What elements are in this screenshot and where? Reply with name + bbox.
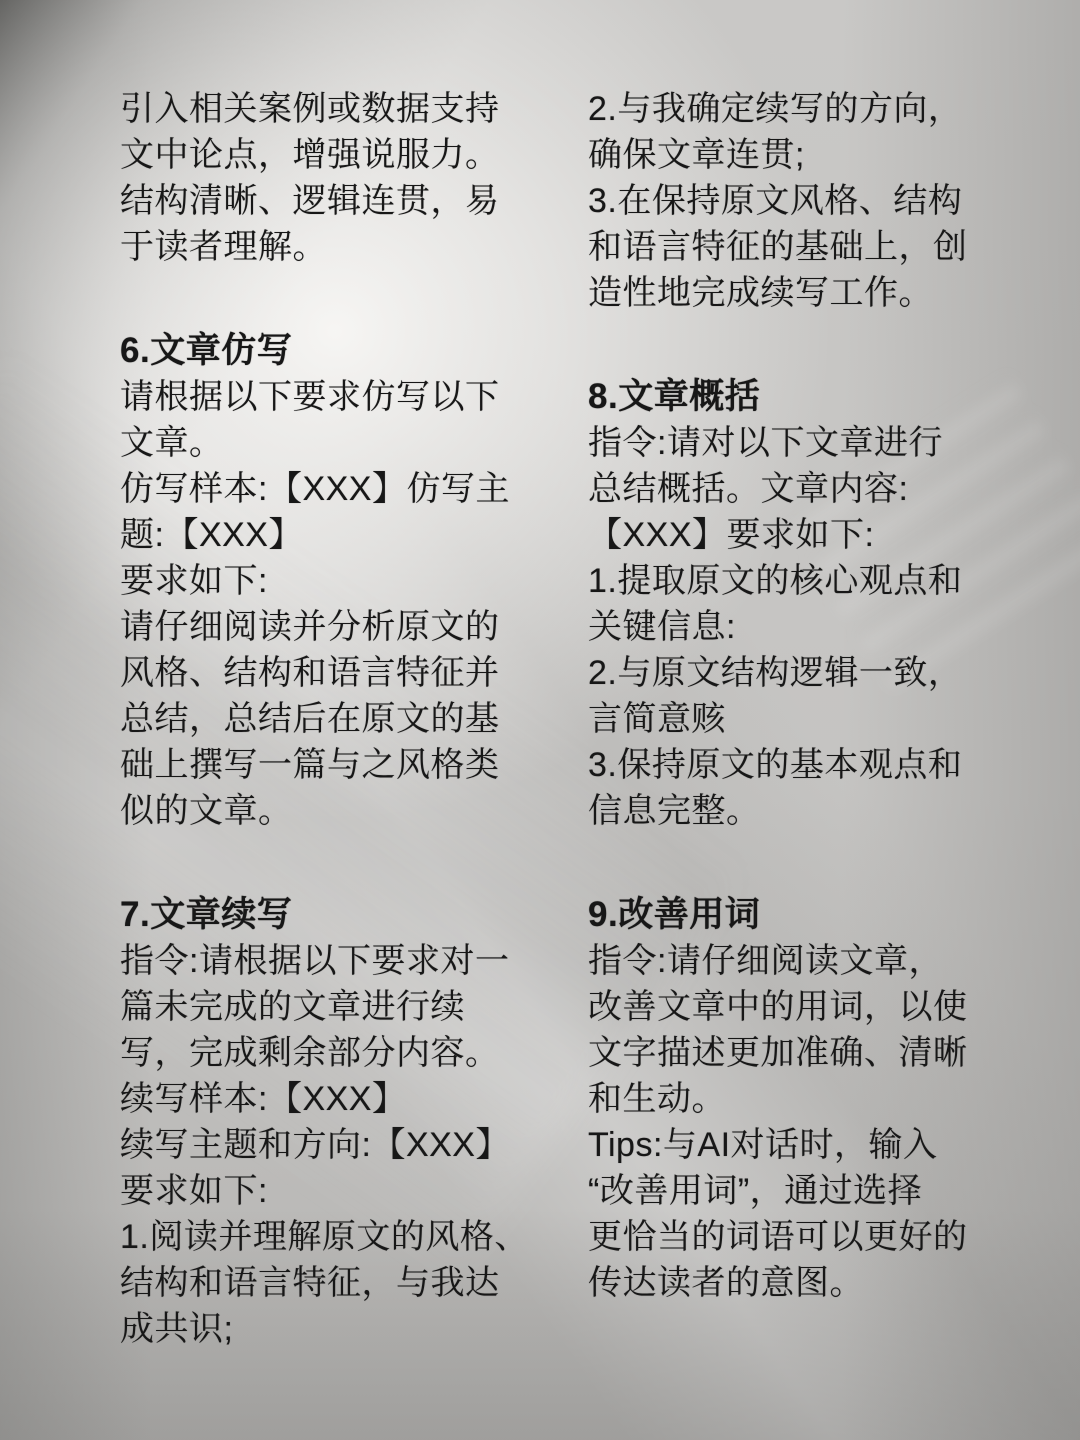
text-line: 篇未完成的文章进行续 xyxy=(120,984,590,1030)
text-line: 写，完成剩余部分内容。 xyxy=(120,1030,590,1076)
text-line: 3.保持原文的基本观点和 xyxy=(588,742,1058,788)
text-line: 请根据以下要求仿写以下 xyxy=(120,374,590,420)
text-line: 和生动。 xyxy=(588,1076,1058,1122)
text-line: 文中论点，增强说服力。 xyxy=(120,132,590,178)
text-line: 2.与我确定续写的方向， xyxy=(588,86,1058,132)
text-line: 2.与原文结构逻辑一致， xyxy=(588,650,1058,696)
section-heading: 6.文章仿写 xyxy=(120,328,590,374)
text-line: 要求如下: xyxy=(120,558,590,604)
text-line: 风格、结构和语言特征并 xyxy=(120,650,590,696)
paragraph-block: 请根据以下要求仿写以下文章。仿写样本:【XXX】仿写主题:【XXX】要求如下:请… xyxy=(120,374,590,834)
text-line: 结构和语言特征，与我达 xyxy=(120,1260,590,1306)
text-line: 指令:请根据以下要求对一 xyxy=(120,938,590,984)
section-heading: 7.文章续写 xyxy=(120,892,590,938)
heading-line: 9.改善用词 xyxy=(588,892,1058,938)
text-line: “改善用词”，通过选择 xyxy=(588,1168,1058,1214)
text-line: 续写主题和方向:【XXX】 xyxy=(120,1122,590,1168)
heading-line: 8.文章概括 xyxy=(588,374,1058,420)
text-line: 改善文章中的用词，以使 xyxy=(588,984,1058,1030)
text-column-right: 2.与我确定续写的方向，确保文章连贯;3.在保持原文风格、结构和语言特征的基础上… xyxy=(588,86,1058,1306)
text-line: 题:【XXX】 xyxy=(120,512,590,558)
paragraph-block: 指令:请仔细阅读文章，改善文章中的用词，以使文字描述更加准确、清晰和生动。Tip… xyxy=(588,938,1058,1306)
heading-line: 7.文章续写 xyxy=(120,892,590,938)
text-line: 传达读者的意图。 xyxy=(588,1260,1058,1306)
text-line: 文章。 xyxy=(120,420,590,466)
text-line: 总结概括。文章内容: xyxy=(588,466,1058,512)
text-line: 言简意赅 xyxy=(588,696,1058,742)
heading-line: 6.文章仿写 xyxy=(120,328,590,374)
text-line: 1.阅读并理解原文的风格、 xyxy=(120,1214,590,1260)
note-page: 引入相关案例或数据支持文中论点，增强说服力。结构清晰、逻辑连贯，易于读者理解。6… xyxy=(0,0,1080,1440)
text-line: 确保文章连贯; xyxy=(588,132,1058,178)
text-line: 总结，总结后在原文的基 xyxy=(120,696,590,742)
text-line: 请仔细阅读并分析原文的 xyxy=(120,604,590,650)
text-line: 似的文章。 xyxy=(120,788,590,834)
text-line: 文字描述更加准确、清晰 xyxy=(588,1030,1058,1076)
text-line: 1.提取原文的核心观点和 xyxy=(588,558,1058,604)
text-line: 要求如下: xyxy=(120,1168,590,1214)
text-line: 指令:请仔细阅读文章， xyxy=(588,938,1058,984)
text-line: 于读者理解。 xyxy=(120,224,590,270)
text-line: 结构清晰、逻辑连贯，易 xyxy=(120,178,590,224)
text-line: 3.在保持原文风格、结构 xyxy=(588,178,1058,224)
text-line: 更恰当的词语可以更好的 xyxy=(588,1214,1058,1260)
text-line: 仿写样本:【XXX】仿写主 xyxy=(120,466,590,512)
text-line: 引入相关案例或数据支持 xyxy=(120,86,590,132)
text-line: 续写样本:【XXX】 xyxy=(120,1076,590,1122)
text-column-left: 引入相关案例或数据支持文中论点，增强说服力。结构清晰、逻辑连贯，易于读者理解。6… xyxy=(120,86,590,1352)
paragraph-block: 指令:请对以下文章进行总结概括。文章内容:【XXX】要求如下:1.提取原文的核心… xyxy=(588,420,1058,834)
section-heading: 8.文章概括 xyxy=(588,374,1058,420)
text-line: 关键信息: xyxy=(588,604,1058,650)
text-line: 【XXX】要求如下: xyxy=(588,512,1058,558)
text-line: 造性地完成续写工作。 xyxy=(588,270,1058,316)
text-line: 信息完整。 xyxy=(588,788,1058,834)
paragraph-block: 2.与我确定续写的方向，确保文章连贯;3.在保持原文风格、结构和语言特征的基础上… xyxy=(588,86,1058,316)
paragraph-block: 指令:请根据以下要求对一篇未完成的文章进行续写，完成剩余部分内容。续写样本:【X… xyxy=(120,938,590,1352)
text-line: 指令:请对以下文章进行 xyxy=(588,420,1058,466)
text-line: 和语言特征的基础上，创 xyxy=(588,224,1058,270)
text-line: 成共识; xyxy=(120,1306,590,1352)
text-line: 础上撰写一篇与之风格类 xyxy=(120,742,590,788)
section-heading: 9.改善用词 xyxy=(588,892,1058,938)
text-line: Tips:与AI对话时，输入 xyxy=(588,1122,1058,1168)
paragraph-block: 引入相关案例或数据支持文中论点，增强说服力。结构清晰、逻辑连贯，易于读者理解。 xyxy=(120,86,590,270)
